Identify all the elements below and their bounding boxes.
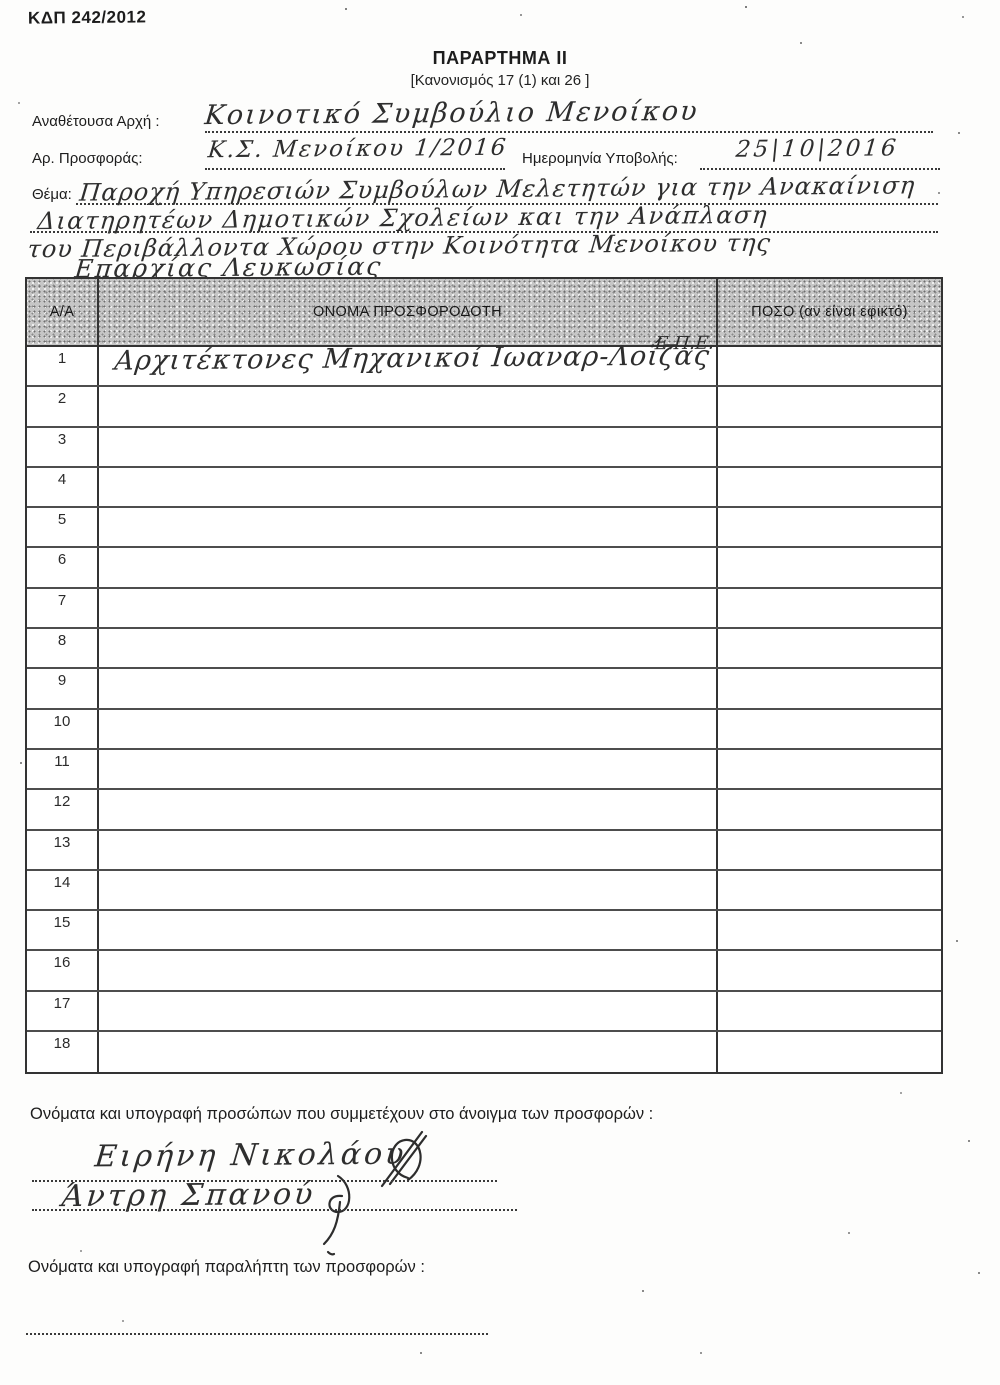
table-row: 18	[27, 1032, 941, 1072]
table-row: 10	[27, 710, 941, 750]
amount-cell	[718, 911, 941, 949]
submission-date-handwriting: 25|10|2016	[735, 135, 900, 162]
header-cell-index: Α/Α	[27, 279, 99, 345]
row-number-cell: 13	[27, 831, 99, 869]
row-number-cell: 14	[27, 871, 99, 909]
amount-cell	[718, 750, 941, 788]
amount-cell	[718, 428, 941, 466]
table-row: 1 Αρχιτέκτονες Μηχανικοί Ιωαναρ-Λοΐζας Ε…	[27, 347, 941, 387]
bidder-name-cell	[99, 951, 718, 989]
bidder-name-cell	[99, 548, 718, 586]
row-number-cell: 7	[27, 589, 99, 627]
row-number-cell: 11	[27, 750, 99, 788]
bidders-table: Α/Α ΟΝΟΜΑ ΠΡΟΣΦΟΡΟΔΟΤΗ ΠΟΣΟ (αν είναι εφ…	[25, 277, 943, 1074]
bidder-name-cell	[99, 911, 718, 949]
table-row: 11	[27, 750, 941, 790]
row-number-cell: 16	[27, 951, 99, 989]
row-number-cell: 4	[27, 468, 99, 506]
offer-number-label: Αρ. Προσφοράς:	[32, 150, 143, 167]
header-cell-bidder-name: ΟΝΟΜΑ ΠΡΟΣΦΟΡΟΔΟΤΗ	[99, 279, 718, 345]
table-row: 6	[27, 548, 941, 588]
receiver-dotted-line	[26, 1333, 488, 1335]
table-row: 8	[27, 629, 941, 669]
amount-cell	[718, 951, 941, 989]
table-row: 12	[27, 790, 941, 830]
bidder-name-cell	[99, 831, 718, 869]
scan-noise	[0, 0, 2, 2]
row-number-cell: 17	[27, 992, 99, 1030]
table-row: 17	[27, 992, 941, 1032]
bidder-name-cell	[99, 992, 718, 1030]
amount-cell	[718, 871, 941, 909]
subject-handwriting-line1: Παροχή Υπηρεσιών Συμβούλων Μελετητών για…	[78, 171, 916, 206]
table-row: 9	[27, 669, 941, 709]
subject-label: Θέμα:	[32, 186, 72, 203]
amount-cell	[718, 669, 941, 707]
row-number-cell: 18	[27, 1032, 99, 1072]
offer-number-handwriting: Κ.Σ. Μενοίκου 1/2016	[207, 135, 509, 164]
table-row: 16	[27, 951, 941, 991]
page-subtitle: [Κανονισμός 17 (1) και 26 ]	[0, 72, 1000, 89]
bidders-table-body: 1 Αρχιτέκτονες Μηχανικοί Ιωαναρ-Λοΐζας Ε…	[27, 347, 941, 1072]
row-number-cell: 2	[27, 387, 99, 425]
bidder-name-handwriting: Αρχιτέκτονες Μηχανικοί Ιωαναρ-Λοΐζας	[113, 340, 711, 376]
openers-label: Ονόματα και υπογραφή προσώπων που συμμετ…	[30, 1105, 653, 1124]
amount-cell	[718, 589, 941, 627]
row-number-cell: 1	[27, 347, 99, 385]
table-row: 14	[27, 871, 941, 911]
submission-date-label: Ημερομηνία Υποβολής:	[522, 150, 678, 167]
authority-label: Αναθέτουσα Αρχή :	[32, 113, 160, 130]
offer-number-dotted-line	[205, 168, 505, 170]
table-row: 4	[27, 468, 941, 508]
bidder-name-cell	[99, 750, 718, 788]
amount-cell	[718, 468, 941, 506]
amount-cell	[718, 629, 941, 667]
bidder-name-cell	[99, 589, 718, 627]
form-title-block: ΠΑΡΑΡΤΗΜΑ II [Κανονισμός 17 (1) και 26 ]	[0, 48, 1000, 89]
bidder-name-cell	[99, 669, 718, 707]
table-row: 2	[27, 387, 941, 427]
bidder-name-cell	[99, 468, 718, 506]
amount-cell	[718, 992, 941, 1030]
row-number-cell: 6	[27, 548, 99, 586]
scanned-form-page: ΚΔΠ 242/2012 ΠΑΡΑΡΤΗΜΑ II [Κανονισμός 17…	[0, 0, 1000, 1385]
header-cell-amount: ΠΟΣΟ (αν είναι εφικτό)	[718, 279, 941, 345]
regulation-ref: ΚΔΠ 242/2012	[28, 7, 147, 28]
row-number-cell: 12	[27, 790, 99, 828]
row-number-cell: 10	[27, 710, 99, 748]
bidder-name-cell	[99, 629, 718, 667]
table-row: 3	[27, 428, 941, 468]
submission-date-dotted-line	[700, 168, 940, 170]
bidder-name-cell	[99, 790, 718, 828]
signature1-flourish	[360, 1128, 435, 1188]
bidder-name-cell	[99, 428, 718, 466]
amount-cell	[718, 548, 941, 586]
bidder-name-cell	[99, 387, 718, 425]
authority-dotted-line	[205, 131, 933, 133]
table-row: 15	[27, 911, 941, 951]
amount-cell	[718, 347, 941, 385]
signatory2-dotted-line	[32, 1209, 517, 1211]
signature2-flourish	[308, 1172, 368, 1257]
bidder-name-cell	[99, 1032, 718, 1072]
bidder-name-suffix-handwriting: Ε.Π.Ε.	[654, 333, 715, 355]
table-row: 13	[27, 831, 941, 871]
bidder-name-cell	[99, 508, 718, 546]
row-number-cell: 9	[27, 669, 99, 707]
amount-cell	[718, 710, 941, 748]
amount-cell	[718, 387, 941, 425]
amount-cell	[718, 831, 941, 869]
bidder-name-cell: Αρχιτέκτονες Μηχανικοί Ιωαναρ-Λοΐζας Ε.Π…	[99, 347, 718, 385]
amount-cell	[718, 790, 941, 828]
row-number-cell: 3	[27, 428, 99, 466]
receiver-label: Ονόματα και υπογραφή παραλήπτη των προσφ…	[28, 1258, 425, 1277]
bidders-table-header-row: Α/Α ΟΝΟΜΑ ΠΡΟΣΦΟΡΟΔΟΤΗ ΠΟΣΟ (αν είναι εφ…	[27, 279, 941, 347]
amount-cell	[718, 508, 941, 546]
table-row: 7	[27, 589, 941, 629]
page-title: ΠΑΡΑΡΤΗΜΑ II	[0, 48, 1000, 69]
amount-cell	[718, 1032, 941, 1072]
authority-value-handwriting: Κοινοτικό Συμβούλιο Μενοίκου	[203, 96, 700, 131]
table-row: 5	[27, 508, 941, 548]
row-number-cell: 8	[27, 629, 99, 667]
row-number-cell: 5	[27, 508, 99, 546]
bidder-name-cell	[99, 710, 718, 748]
bidder-name-cell	[99, 871, 718, 909]
row-number-cell: 15	[27, 911, 99, 949]
